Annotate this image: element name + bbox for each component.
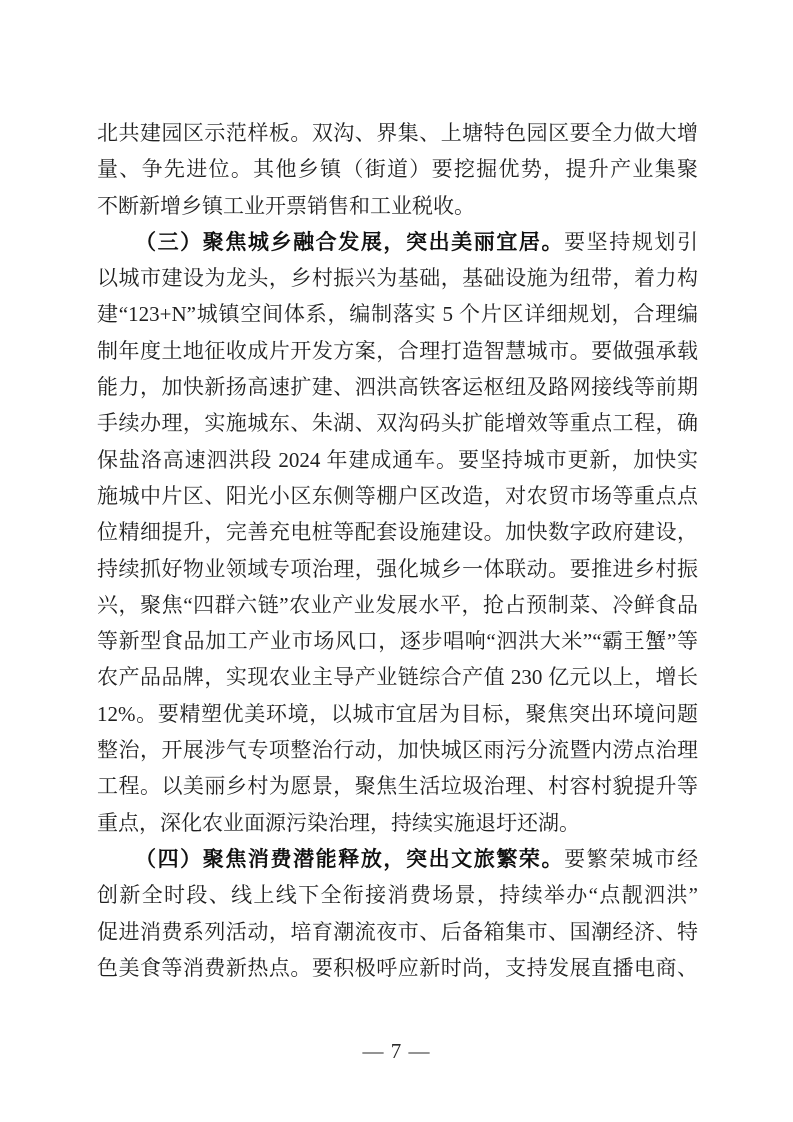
text-line: 位精细提升，完善充电桩等配套设施建设。加快数字政府建设， [97, 514, 698, 550]
text-line: 促进消费系列活动，培育潮流夜市、后备箱集市、国潮经济、特 [97, 914, 698, 950]
text-line: 保盐洛高速泗洪段 2024 年建成通车。要坚持城市更新，加快实 [97, 442, 698, 478]
text-line: （三）聚焦城乡融合发展，突出美丽宜居。要坚持规划引领， [97, 224, 698, 260]
document-body: 北共建园区示范样板。双沟、界集、上塘特色园区要全力做大增量、争先进位。其他乡镇（… [97, 115, 698, 986]
text-line: 建“123+N”城镇空间体系，编制落实 5 个片区详细规划，合理编 [97, 296, 698, 332]
section-heading: （四）聚焦消费潜能释放，突出文旅繁荣。 [135, 847, 564, 871]
page-number: — 7 — [363, 1039, 431, 1063]
text-line: 施城中片区、阳光小区东侧等棚户区改造，对农贸市场等重点点 [97, 478, 698, 514]
text-line: 能力，加快新扬高速扩建、泗洪高铁客运枢纽及路网接线等前期 [97, 369, 698, 405]
page-footer: — 7 — [0, 1036, 793, 1066]
section-heading: （三）聚焦城乡融合发展，突出美丽宜居。 [135, 230, 564, 254]
text-line: 色美食等消费新热点。要积极呼应新时尚，支持发展直播电商、 [97, 950, 698, 986]
text-line: 持续抓好物业领域专项治理，强化城乡一体联动。要推进乡村振 [97, 551, 698, 587]
text-line: 不断新增乡镇工业开票销售和工业税收。 [97, 188, 698, 224]
text-line: 创新全时段、线上线下全衔接消费场景，持续举办“点靓泗洪” [97, 877, 698, 913]
text-line: 量、争先进位。其他乡镇（街道）要挖掘优势，提升产业集聚度， [97, 151, 698, 187]
text-line: （四）聚焦消费潜能释放，突出文旅繁荣。要繁荣城市经济， [97, 841, 698, 877]
text-line: 工程。以美丽乡村为愿景，聚焦生活垃圾治理、村容村貌提升等 [97, 768, 698, 804]
text-line: 北共建园区示范样板。双沟、界集、上塘特色园区要全力做大增 [97, 115, 698, 151]
text-line: 重点，深化农业面源污染治理，持续实施退圩还湖。 [97, 805, 698, 841]
text-line: 等新型食品加工产业市场风口，逐步唱响“泗洪大米”“霸王蟹”等 [97, 623, 698, 659]
text-line: 手续办理，实施城东、朱湖、双沟码头扩能增效等重点工程，确 [97, 405, 698, 441]
text-line: 制年度土地征收成片开发方案，合理打造智慧城市。要做强承载 [97, 333, 698, 369]
text-line: 以城市建设为龙头，乡村振兴为基础，基础设施为纽带，着力构 [97, 260, 698, 296]
text-line: 农产品品牌，实现农业主导产业链综合产值 230 亿元以上，增长 [97, 659, 698, 695]
text-line: 12%。要精塑优美环境，以城市宜居为目标，聚焦突出环境问题 [97, 696, 698, 732]
document-page: 北共建园区示范样板。双沟、界集、上塘特色园区要全力做大增量、争先进位。其他乡镇（… [0, 0, 793, 1122]
text-line: 整治，开展涉气专项整治行动，加快城区雨污分流暨内涝点治理 [97, 732, 698, 768]
text-line: 兴，聚焦“四群六链”农业产业发展水平，抢占预制菜、冷鲜食品 [97, 587, 698, 623]
